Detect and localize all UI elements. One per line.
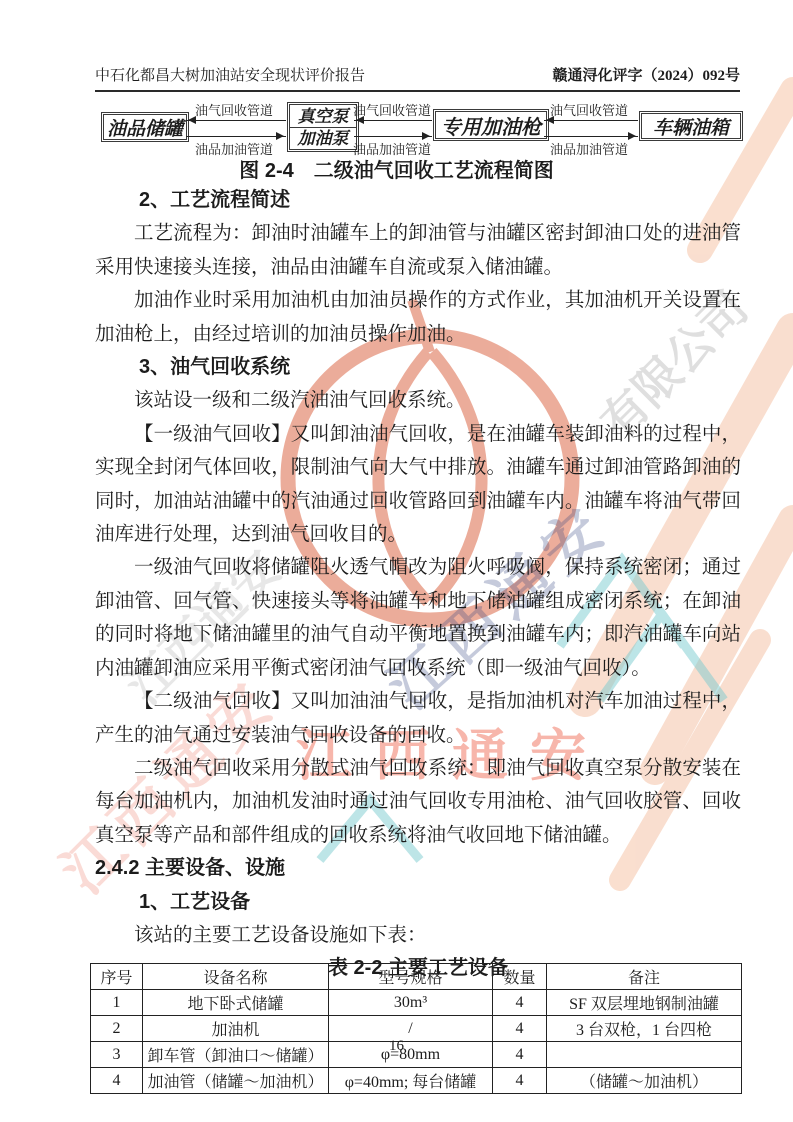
pipe-label-recovery-3: 油气回收管道 <box>550 100 628 119</box>
flow-box-nozzle: 专用加油枪 <box>433 109 549 141</box>
col-header-spec: 型号规格 <box>329 964 493 990</box>
heading-process-summary: 2、工艺流程简述 <box>95 184 741 217</box>
col-header-remark: 备注 <box>547 964 742 990</box>
cell-remark: （储罐～加油机） <box>547 1068 742 1094</box>
figure-caption: 图 2-4 二级油气回收工艺流程简图 <box>0 154 793 183</box>
col-header-name: 设备名称 <box>143 964 329 990</box>
heading-vapor-recovery: 3、油气回收系统 <box>95 351 741 384</box>
pipe-arrow-fuel-3 <box>544 136 638 137</box>
table-row: 1 地下卧式储罐 30m³ 4 SF 双层埋地钢制油罐 <box>91 990 742 1016</box>
cell-index: 4 <box>91 1068 143 1094</box>
paragraph-secondary-recovery-1: 【二级油气回收】又叫加油油气回收，是指加油机对汽车加油过程中，产生的油气通过安装… <box>95 685 741 752</box>
flow-box-vehicle-tank: 车辆油箱 <box>639 111 743 141</box>
table-header-row: 序号 设备名称 型号规格 数量 备注 <box>91 964 742 990</box>
table-row: 4 加油管（储罐～加油机） φ=40mm; 每台储罐 4 （储罐～加油机） <box>91 1068 742 1094</box>
page-header: 中石化都昌大树加油站安全现状评价报告 赣通浔化评字（2024）092号 <box>95 64 740 92</box>
col-header-index: 序号 <box>91 964 143 990</box>
cell-index: 1 <box>91 990 143 1016</box>
flow-box-fuel-pump: 加油泵 <box>290 128 356 149</box>
heading-section-242: 2.4.2 主要设备、设施 <box>95 852 741 885</box>
flow-box-storage-tank: 油品储罐 <box>101 112 189 142</box>
cell-spec: φ=40mm; 每台储罐 <box>329 1068 493 1094</box>
heading-process-equipment: 1、工艺设备 <box>95 886 741 919</box>
paragraph-process-2: 加油作业时采用加油机由加油员操作的方式作业，其加油机开关设置在加油枪上，由经过培… <box>95 284 741 351</box>
body-text: 2、工艺流程简述 工艺流程为：卸油时油罐车上的卸油管与油罐区密封卸油口处的进油管… <box>95 184 741 983</box>
pipe-label-recovery-1: 油气回收管道 <box>195 100 273 119</box>
paragraph-table-intro: 该站的主要工艺设备设施如下表： <box>95 919 741 952</box>
equipment-table-wrapper: 序号 设备名称 型号规格 数量 备注 1 地下卧式储罐 30m³ 4 SF 双层… <box>90 963 742 1094</box>
paragraph-process-1: 工艺流程为：卸油时油罐车上的卸油管与油罐区密封卸油口处的进油管采用快速接头连接，… <box>95 217 741 284</box>
paragraph-recovery-intro: 该站设一级和二级汽油油气回收系统。 <box>95 384 741 417</box>
equipment-table: 序号 设备名称 型号规格 数量 备注 1 地下卧式储罐 30m³ 4 SF 双层… <box>90 963 742 1094</box>
header-document-number: 赣通浔化评字（2024）092号 <box>552 64 740 85</box>
page-number: 16 <box>0 1038 793 1055</box>
paragraph-secondary-recovery-2: 二级油气回收采用分散式油气回收系统：即油气回收真空泵分散安装在每台加油机内，加油… <box>95 752 741 852</box>
cell-name: 地下卧式储罐 <box>143 990 329 1016</box>
pipe-arrow-fuel-2 <box>354 136 432 137</box>
cell-name: 加油管（储罐～加油机） <box>143 1068 329 1094</box>
cell-qty: 4 <box>493 990 547 1016</box>
pipe-arrow-recovery-3 <box>544 120 638 121</box>
flow-box-pumps: 真空泵 加油泵 <box>287 102 359 152</box>
pipe-arrow-fuel-1 <box>186 136 286 137</box>
paragraph-primary-recovery-1: 【一级油气回收】又叫卸油油气回收，是在油罐车装卸油料的过程中，实现全封闭气体回收… <box>95 418 741 552</box>
document-page: 江西通安 有限公司 江西通安 江西通安 江西通安 中石化都昌大树加油站安全现状评… <box>0 0 793 1122</box>
cell-qty: 4 <box>493 1068 547 1094</box>
pipe-label-recovery-2: 油气回收管道 <box>353 100 431 119</box>
cell-spec: 30m³ <box>329 990 493 1016</box>
pipe-arrow-recovery-1 <box>186 120 286 121</box>
pipe-arrow-recovery-2 <box>354 120 432 121</box>
flow-diagram: 油品储罐 真空泵 加油泵 专用加油枪 车辆油箱 油气回收管道 油品加油管道 油气… <box>95 98 745 156</box>
cell-remark: SF 双层埋地钢制油罐 <box>547 990 742 1016</box>
paragraph-primary-recovery-2: 一级油气回收将储罐阻火透气帽改为阻火呼吸阀，保持系统密闭；通过卸油管、回气管、快… <box>95 551 741 685</box>
header-report-title: 中石化都昌大树加油站安全现状评价报告 <box>95 64 365 85</box>
flow-box-vacuum-pump: 真空泵 <box>290 106 356 128</box>
col-header-qty: 数量 <box>493 964 547 990</box>
